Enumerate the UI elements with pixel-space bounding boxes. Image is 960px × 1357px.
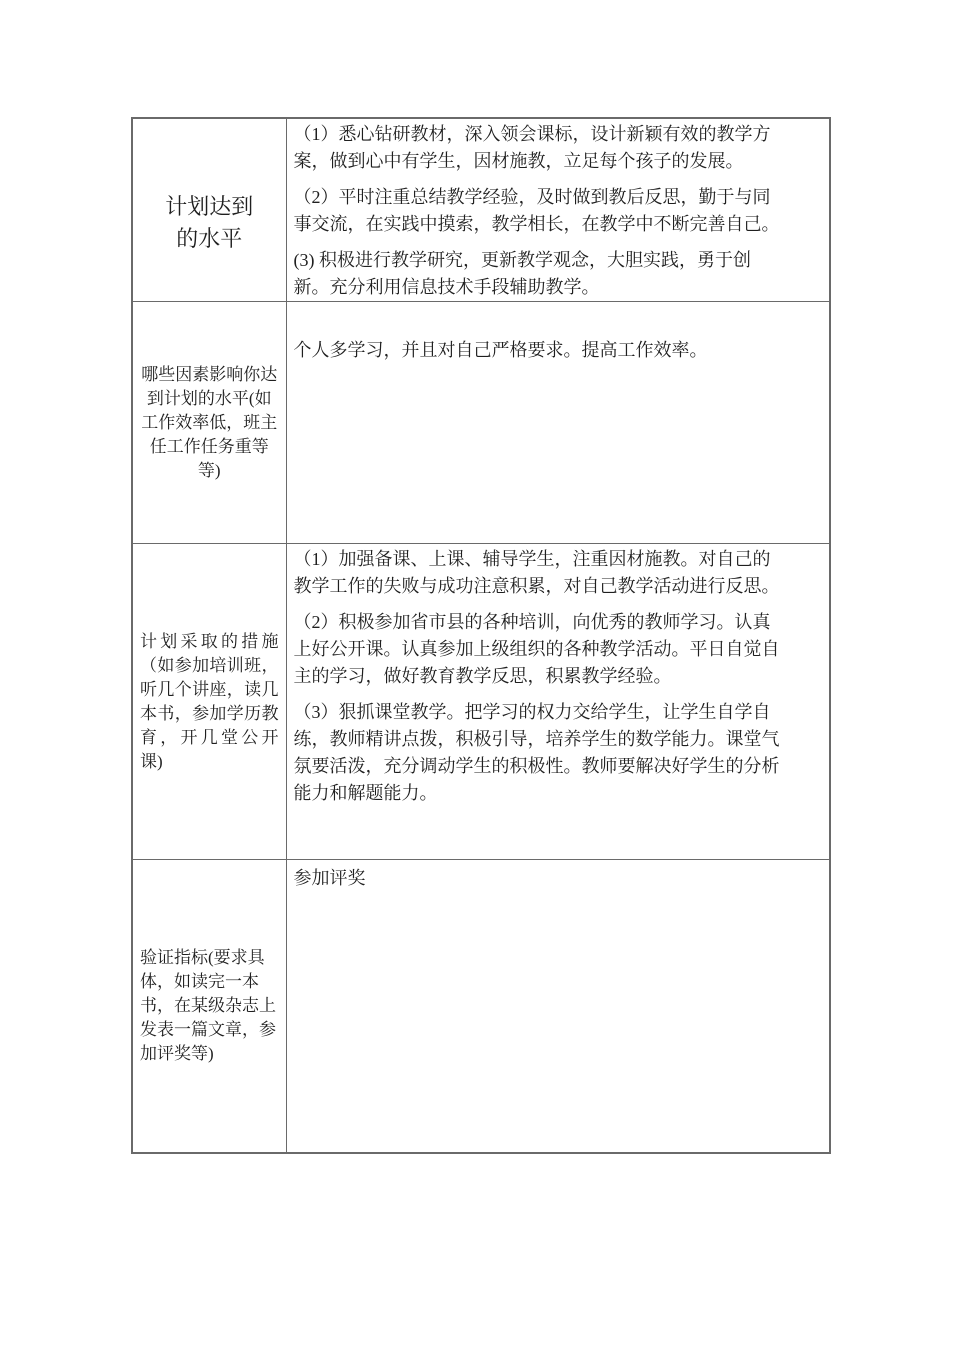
table-row-verification-indicators: 验证指标(要求具体，如读完一本书，在某级杂志上发表一篇文章，参加评奖等) 参加评… — [132, 860, 830, 1153]
row-content-cell-influence-factors: 个人多学习，并且对自己严格要求。提高工作效率。 — [286, 302, 830, 544]
row-content-influence-factors: 个人多学习，并且对自己严格要求。提高工作效率。 — [287, 302, 830, 364]
row-label-cell-influence-factors: 哪些因素影响你达到计划的水平(如工作效率低，班主任工作任务重等等) — [132, 302, 286, 544]
table-row-influence-factors: 哪些因素影响你达到计划的水平(如工作效率低，班主任工作任务重等等) 个人多学习，… — [132, 302, 830, 544]
row-label-cell-plan-level: 计划达到的水平 — [132, 118, 286, 302]
row-label-planned-measures: 计划采取的措施（如参加培训班，听几个讲座，读几本书，参加学历教育，开几堂公开课) — [133, 630, 286, 774]
row-content-planned-measures: （1）加强备课、上课、辅导学生，注重因材施教。对自己的 教学工作的失败与成功注意… — [287, 544, 830, 807]
teaching-plan-table: 计划达到的水平 （1）悉心钻研教材，深入领会课标，设计新颖有效的教学方 案，做到… — [131, 117, 831, 1154]
table-row-planned-measures: 计划采取的措施（如参加培训班，听几个讲座，读几本书，参加学历教育，开几堂公开课)… — [132, 544, 830, 860]
row-label-influence-factors: 哪些因素影响你达到计划的水平(如工作效率低，班主任工作任务重等等) — [133, 363, 286, 483]
row-label-plan-level: 计划达到的水平 — [133, 165, 286, 255]
row-content-cell-planned-measures: （1）加强备课、上课、辅导学生，注重因材施教。对自己的 教学工作的失败与成功注意… — [286, 544, 830, 860]
row-content-plan-level: （1）悉心钻研教材，深入领会课标，设计新颖有效的教学方 案，做到心中有学生，因材… — [287, 119, 830, 301]
table-row-plan-level: 计划达到的水平 （1）悉心钻研教材，深入领会课标，设计新颖有效的教学方 案，做到… — [132, 118, 830, 302]
document-page: 计划达到的水平 （1）悉心钻研教材，深入领会课标，设计新颖有效的教学方 案，做到… — [0, 0, 960, 1357]
row-label-verification-indicators: 验证指标(要求具体，如读完一本书，在某级杂志上发表一篇文章，参加评奖等) — [133, 946, 286, 1066]
row-label-cell-planned-measures: 计划采取的措施（如参加培训班，听几个讲座，读几本书，参加学历教育，开几堂公开课) — [132, 544, 286, 860]
row-label-cell-verification-indicators: 验证指标(要求具体，如读完一本书，在某级杂志上发表一篇文章，参加评奖等) — [132, 860, 286, 1153]
row-content-cell-verification-indicators: 参加评奖 — [286, 860, 830, 1153]
row-content-verification-indicators: 参加评奖 — [287, 860, 830, 892]
row-content-cell-plan-level: （1）悉心钻研教材，深入领会课标，设计新颖有效的教学方 案，做到心中有学生，因材… — [286, 118, 830, 302]
